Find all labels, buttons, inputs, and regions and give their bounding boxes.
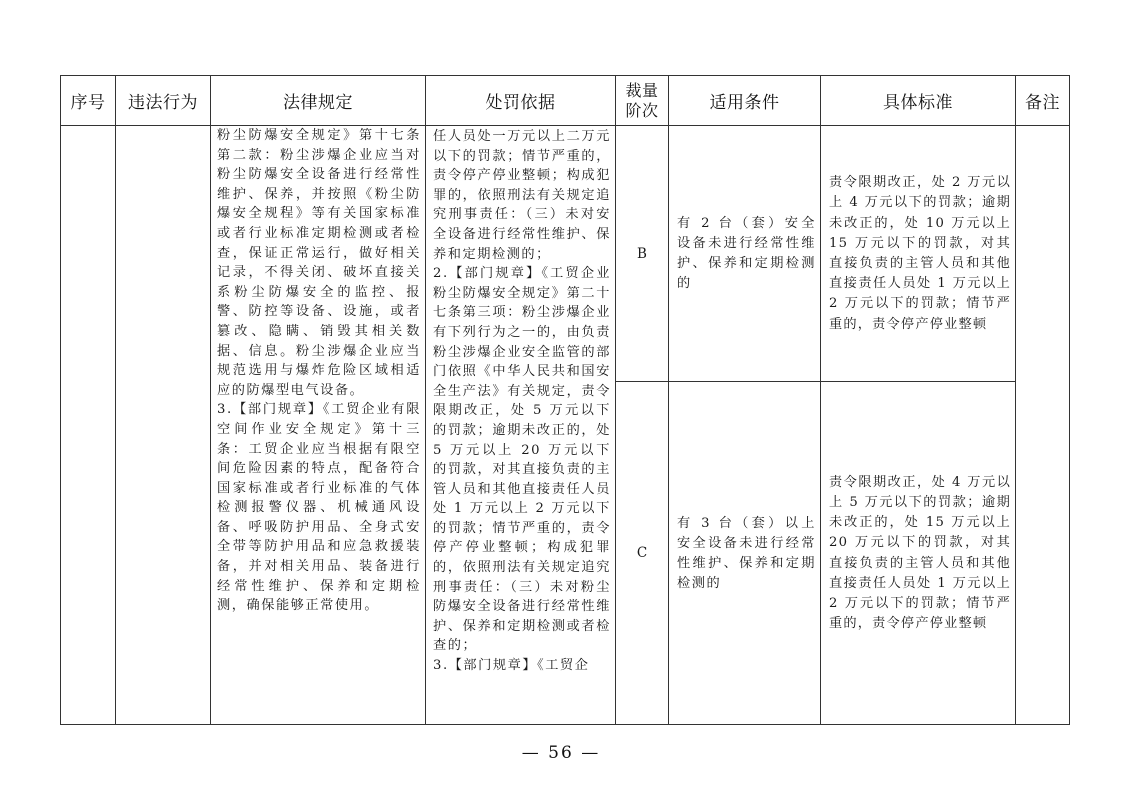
header-seq: 序号 xyxy=(61,76,116,126)
header-remarks: 备注 xyxy=(1016,76,1070,126)
discretion-level-b: B xyxy=(616,126,669,382)
legal-provision-cell: 粉尘防爆安全规定》第十七条第二款：粉尘涉爆企业应当对粉尘防爆安全设备进行经常性维… xyxy=(211,126,426,725)
seq-cell xyxy=(61,126,116,725)
page-number: — 56 — xyxy=(0,743,1122,763)
document-page: 序号 违法行为 法律规定 处罚依据 裁量 阶次 适用条件 具体标准 备注 粉尘防… xyxy=(0,0,1122,793)
penalty-discretion-table: 序号 违法行为 法律规定 处罚依据 裁量 阶次 适用条件 具体标准 备注 粉尘防… xyxy=(60,75,1070,725)
standard-cell-c: 责令限期改正，处 4 万元以上 5 万元以下的罚款；逾期未改正的，处 15 万元… xyxy=(821,382,1016,725)
header-penalty-basis: 处罚依据 xyxy=(426,76,616,126)
header-violation: 违法行为 xyxy=(116,76,211,126)
legal-provision-text: 粉尘防爆安全规定》第十七条第二款：粉尘涉爆企业应当对粉尘防爆安全设备进行经常性维… xyxy=(211,126,425,616)
standard-text-b: 责令限期改正，处 2 万元以上 4 万元以下的罚款；逾期未改正的，处 10 万元… xyxy=(821,172,1015,335)
standard-text-c: 责令限期改正，处 4 万元以上 5 万元以下的罚款；逾期未改正的，处 15 万元… xyxy=(821,472,1015,635)
table-row: 粉尘防爆安全规定》第十七条第二款：粉尘涉爆企业应当对粉尘防爆安全设备进行经常性维… xyxy=(61,126,1070,382)
violation-cell xyxy=(116,126,211,725)
condition-text-c: 有 3 台（套）以上安全设备未进行经常性维护、保养和定期检测的 xyxy=(669,513,820,594)
discretion-level-c: C xyxy=(616,382,669,725)
table-header-row: 序号 违法行为 法律规定 处罚依据 裁量 阶次 适用条件 具体标准 备注 xyxy=(61,76,1070,126)
penalty-basis-text: 任人员处一万元以上二万元以下的罚款；情节严重的，责令停产停业整顿；构成犯罪的，依… xyxy=(426,126,615,676)
condition-text-b: 有 2 台（套）安全设备未进行经常性维护、保养和定期检测的 xyxy=(669,213,820,294)
header-discretion-level: 裁量 阶次 xyxy=(616,76,669,126)
header-legal-provision: 法律规定 xyxy=(211,76,426,126)
standard-cell-b: 责令限期改正，处 2 万元以上 4 万元以下的罚款；逾期未改正的，处 10 万元… xyxy=(821,126,1016,382)
header-applicable-condition: 适用条件 xyxy=(669,76,821,126)
remarks-cell xyxy=(1016,126,1070,725)
condition-cell-c: 有 3 台（套）以上安全设备未进行经常性维护、保养和定期检测的 xyxy=(669,382,821,725)
condition-cell-b: 有 2 台（套）安全设备未进行经常性维护、保养和定期检测的 xyxy=(669,126,821,382)
header-specific-standard: 具体标准 xyxy=(821,76,1016,126)
penalty-basis-cell: 任人员处一万元以上二万元以下的罚款；情节严重的，责令停产停业整顿；构成犯罪的，依… xyxy=(426,126,616,725)
